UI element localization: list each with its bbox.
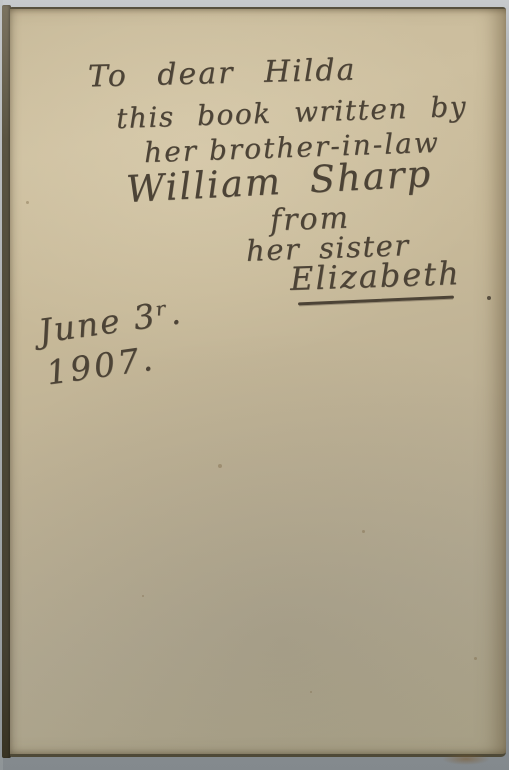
photo-background: To dear Hilda this book written by her b… bbox=[0, 0, 509, 770]
corner-stain bbox=[442, 753, 490, 765]
inscription-line-recipient: To dear Hilda bbox=[88, 52, 357, 94]
foxing-spot bbox=[218, 464, 222, 468]
foxing-spot bbox=[310, 691, 312, 693]
ink-dot bbox=[487, 296, 491, 300]
foxing-spot bbox=[362, 530, 365, 533]
foxing-spot bbox=[26, 201, 29, 204]
foxing-spot bbox=[474, 657, 477, 660]
foxing-spot bbox=[142, 595, 144, 597]
inscription-signature: Elizabeth bbox=[289, 254, 461, 298]
